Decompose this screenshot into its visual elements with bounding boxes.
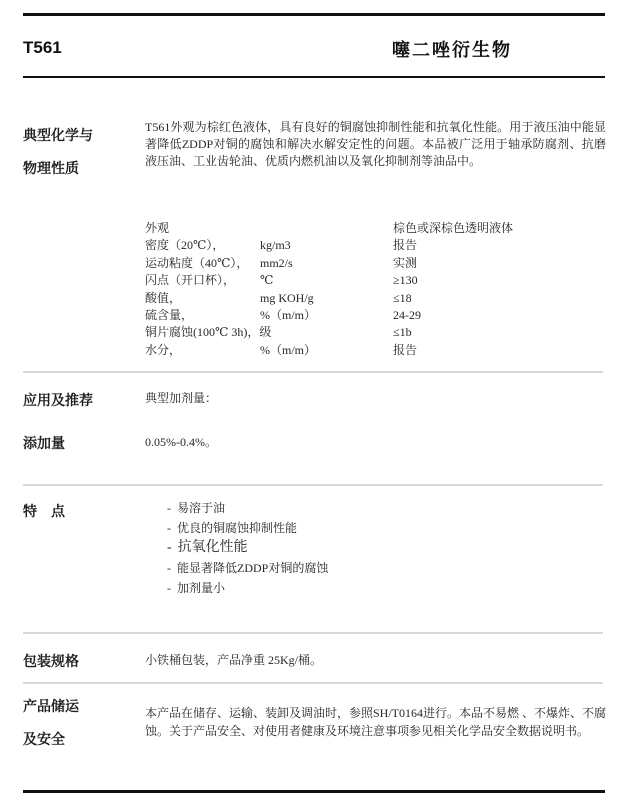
spec-row: 铜片腐蚀(100℃ 3h)，级≤1b (145, 324, 607, 341)
spec-value: ≤18 (393, 290, 607, 307)
spec-value: ≤1b (393, 324, 607, 341)
bottom-rule (23, 790, 605, 793)
product-code: T561 (23, 38, 62, 58)
features-label: 特 点 (23, 501, 65, 521)
spec-row: 硫含量，%（m/m）24-29 (145, 307, 607, 324)
section-divider (23, 484, 603, 486)
spec-unit: %（m/m） (260, 342, 393, 359)
feature-item: -加剂量小 (167, 578, 328, 598)
spec-name: 铜片腐蚀(100℃ 3h)，级 (145, 324, 260, 341)
spec-unit: mm2/s (260, 255, 393, 272)
bullet-dash: - (167, 518, 171, 538)
dosage-value: 0.05%-0.4%。 (145, 434, 217, 450)
bullet-dash: - (167, 578, 171, 598)
properties-label-line2: 物理性质 (23, 158, 79, 178)
header-rule (23, 76, 605, 78)
top-rule (23, 13, 605, 16)
feature-text: 易溶于油 (177, 501, 225, 515)
storage-text: 本产品在储存、运输、装卸及调油时，参照SH/T0164进行。本品不易燃 、不爆炸… (145, 704, 606, 740)
datasheet-page: T561 噻二唑衍生物 典型化学与 物理性质 T561外观为棕红色液体，具有良好… (0, 0, 628, 799)
spec-row: 闪点（开口杯），℃≥130 (145, 272, 607, 289)
spec-row: 密度（20℃），kg/m3报告 (145, 237, 607, 254)
application-label: 应用及推荐 (23, 390, 93, 410)
dosage-label: 添加量 (23, 433, 65, 453)
feature-text: 能显著降低ZDDP对铜的腐蚀 (177, 561, 328, 575)
spec-name: 密度（20℃）， (145, 237, 260, 254)
spec-name: 运动粘度（40℃）， (145, 255, 260, 272)
application-intro: 典型加剂量： (145, 390, 217, 406)
feature-item: -优良的铜腐蚀抑制性能 (167, 518, 328, 538)
spec-unit: kg/m3 (260, 237, 393, 254)
section-divider (23, 682, 603, 684)
storage-label-line1: 产品储运 (23, 696, 79, 716)
spec-row: 外观棕色或深棕色透明液体 (145, 220, 607, 237)
spec-unit: %（m/m） (260, 307, 393, 324)
feature-item: -易溶于油 (167, 498, 328, 518)
packaging-label: 包装规格 (23, 651, 79, 671)
page-title: 噻二唑衍生物 (392, 36, 512, 62)
spec-value: 报告 (393, 237, 607, 254)
feature-item: -能显著降低ZDDP对铜的腐蚀 (167, 558, 328, 578)
spec-value: 报告 (393, 342, 607, 359)
properties-label-line1: 典型化学与 (23, 125, 93, 145)
feature-text: 加剂量小 (177, 581, 225, 595)
feature-text: 优良的铜腐蚀抑制性能 (177, 521, 297, 535)
spec-name: 外观 (145, 220, 260, 237)
properties-description: T561外观为棕红色液体，具有良好的铜腐蚀抑制性能和抗氧化性能。用于液压油中能显… (145, 119, 606, 170)
spec-row: 水分，%（m/m）报告 (145, 342, 607, 359)
spec-value: 棕色或深棕色透明液体 (393, 220, 607, 237)
bullet-dash: - (167, 558, 171, 578)
feature-item: -抗氧化性能 (167, 538, 328, 558)
packaging-text: 小铁桶包装，产品净重 25Kg/桶。 (145, 652, 322, 668)
spec-name: 酸值， (145, 290, 260, 307)
spec-unit (260, 324, 393, 341)
feature-text: 抗氧化性能 (178, 540, 248, 555)
spec-value: ≥130 (393, 272, 607, 289)
spec-row: 运动粘度（40℃），mm2/s实测 (145, 255, 607, 272)
storage-label-line2: 及安全 (23, 729, 65, 749)
bullet-dash: - (167, 538, 172, 558)
spec-unit: ℃ (260, 272, 393, 289)
spec-row: 酸值，mg KOH/g≤18 (145, 290, 607, 307)
spec-value: 24-29 (393, 307, 607, 324)
spec-unit (260, 220, 393, 237)
features-list: -易溶于油-优良的铜腐蚀抑制性能-抗氧化性能-能显著降低ZDDP对铜的腐蚀-加剂… (167, 498, 328, 598)
section-divider (23, 371, 603, 373)
spec-name: 硫含量， (145, 307, 260, 324)
spec-table: 外观棕色或深棕色透明液体密度（20℃），kg/m3报告运动粘度（40℃），mm2… (145, 220, 607, 359)
section-divider (23, 632, 603, 634)
spec-name: 水分， (145, 342, 260, 359)
spec-unit: mg KOH/g (260, 290, 393, 307)
spec-value: 实测 (393, 255, 607, 272)
spec-name: 闪点（开口杯）， (145, 272, 260, 289)
bullet-dash: - (167, 498, 171, 518)
